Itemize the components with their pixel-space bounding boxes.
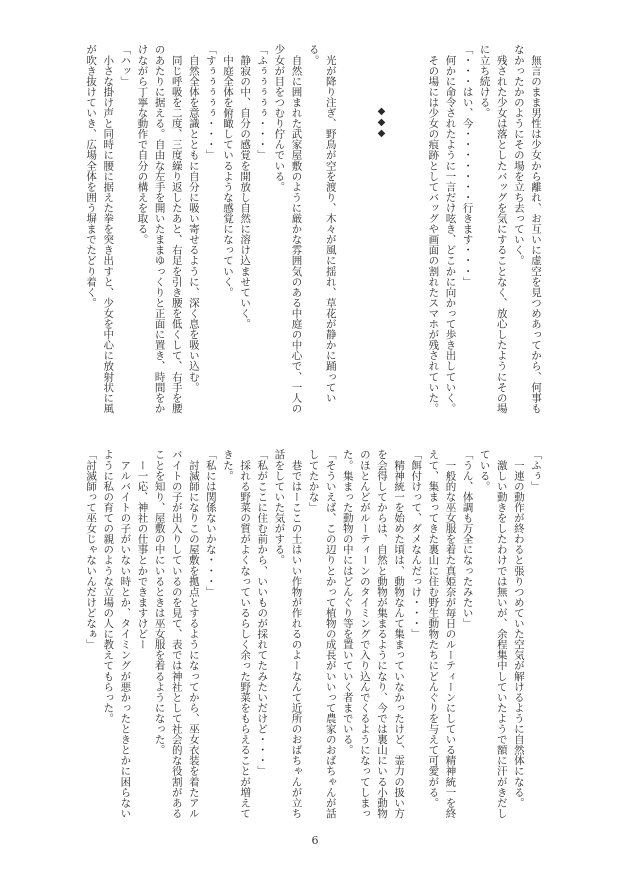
text-column: 何かに命令されたように一言だけ呟き、どこかに向かって歩き出していく。 [441, 44, 458, 424]
scene-break-diamonds-icon: ◆◆◆ [373, 44, 390, 424]
text-column: ことを知り、屋敷の中にいるときは巫女服を着るようになった。 [150, 449, 167, 829]
text-column: 「餌付けって、ダメなんだっけ・・・」 [407, 449, 424, 829]
blank-column [356, 44, 373, 424]
blank-column [390, 44, 407, 424]
text-column: のあたりに据える。自由な左手を開いたままゆっくりと正面に置き、時間をか [150, 44, 167, 424]
text-column: が吹き抜けていき、広場全体を囲う塀までたどり着く。 [82, 44, 99, 424]
text-column: けながら丁寧な動作で自分の構えを取る。 [133, 44, 150, 424]
text-column: 自然に囲まれた武家屋敷のように厳かな雰囲気のある中庭の中心で、一人の [287, 44, 304, 424]
text-column: た。集まった動物の中にはどんぐり等を置いていく者までいる。 [339, 449, 356, 829]
text-column: のほとんどがルーティーンのタイミングで入り込んでくるようになってしまっ [356, 449, 373, 829]
text-column: 無言のまま男性は少女から離れ、お互いに虚空を見つめあってから、何事も [527, 44, 544, 424]
text-column: 「すぅぅぅぅぅ・・・」 [202, 44, 219, 424]
text-column: 巷ではーここの土はいい作物が作れるのよーなんて近所のおばちゃんが立ち [287, 449, 304, 829]
text-column: アルバイトの子がいない時とか、タイミングが悪かったときとかに困らない [116, 449, 133, 829]
text-column: 話をしていた気がする。 [270, 449, 287, 829]
text-column: 光が降り注ぎ、野鳥が空を渡り、木々が風に揺れ、草花が静かに踊ってい [322, 44, 339, 424]
text-column: 自然全体を意識とともに自分に吸い寄せるように、深く息を吸い込む。 [185, 44, 202, 424]
text-column: 「ふぅぅぅぅぅ・・・」 [253, 44, 270, 424]
text-column: 「うん、体調も万全になったみたい」 [458, 449, 475, 829]
text-column: 採れる野菜の質がよくなっているらしく余った野菜をもらえることが増えて [236, 449, 253, 829]
text-column: 「私には関係ないかな・・・」 [202, 449, 219, 829]
bottom-text-section: 「ふぅ」 一連の動作が終わると張りつめていた空気が解けるように自然体になる。 激… [81, 449, 544, 829]
text-column: バイトの子が出入りしているのを見て、表では神社として社会的な役割がある [168, 449, 185, 829]
text-column: を会得してからは、自然と動物が集まるようになり、今では裏山にいる小動物 [373, 449, 390, 829]
text-column: 一連の動作が終わると張りつめていた空気が解けるように自然体になる。 [510, 449, 527, 829]
text-column: 「ふぅ」 [527, 449, 544, 829]
text-column: 少女が目をつむり佇んでいる。 [270, 44, 287, 424]
blank-column [339, 44, 356, 424]
text-column: 「討滅師って巫女じゃないんだけどなぁ」 [82, 449, 99, 829]
text-column: 中庭全体を俯瞰しているような感覚になっていく。 [219, 44, 236, 424]
text-column: 討滅師になりこの屋敷を拠点とするようになってから、巫女衣装を着たアル [185, 449, 202, 829]
text-column: ように私の育ての親のような立場の人に教えてもらった。 [99, 449, 116, 829]
text-column: 「そういえば、この辺りとかって植物の成長がいいって農家のおばちゃんが話 [322, 449, 339, 829]
text-column: 「ハッ」 [116, 44, 133, 424]
text-column: 一般的な巫女服を着た真姫奈が毎日のルーティーンにしている精神統一を終 [441, 449, 458, 829]
text-column: えて、集まってきた裏山に住む野生動物たちにどんぐりを与えて可愛がる。 [424, 449, 441, 829]
text-column: なかったかのようにその場を立ち去っていく。 [510, 44, 527, 424]
text-column: 「・・・はい、今・・・・・・・行きます・・・」 [458, 44, 475, 424]
text-column: ている。 [476, 449, 493, 829]
page-number: 6 [300, 834, 330, 848]
text-column: してたかな」 [304, 449, 321, 829]
text-column: 同じ呼吸を二度、三度繰り返したあと、右足を引き腰を低くして、右手を腰 [168, 44, 185, 424]
text-column: ー一応、神社の仕事とかできますけどー [133, 449, 150, 829]
text-column: 激しい動きをしたわけでは無いが、余程集中していたようで額に汗がきだし [493, 449, 510, 829]
text-column: 小さな掛け声と同時に腰に据えた拳を突き出すと、少女を中心に放射状に風 [99, 44, 116, 424]
text-column: 静寂の中、自分の感覚を開放し自然に溶け込ませていく。 [236, 44, 253, 424]
text-column: 残された少女は落としたバッグを気にすることなく、放心したようにその場 [493, 44, 510, 424]
text-column: 精神統一を始めた頃は、動物なんて集まっていなかったけど、霊力の扱い方 [390, 449, 407, 829]
document-page: 無言のまま男性は少女から離れ、お互いに虚空を見つめあってから、何事も なかったか… [0, 0, 630, 873]
text-column: その場には少女の痕跡としてバッグや画面の割れたスマホが残されていた。 [424, 44, 441, 424]
text-column: きた。 [219, 449, 236, 829]
blank-column [407, 44, 424, 424]
top-text-section: 無言のまま男性は少女から離れ、お互いに虚空を見つめあってから、何事も なかったか… [81, 44, 544, 424]
text-column: る。 [304, 44, 321, 424]
text-column: に立ち続ける。 [476, 44, 493, 424]
text-column: 「私がここに住む前から、いいものが採れてたみたいだけど・・・」 [253, 449, 270, 829]
